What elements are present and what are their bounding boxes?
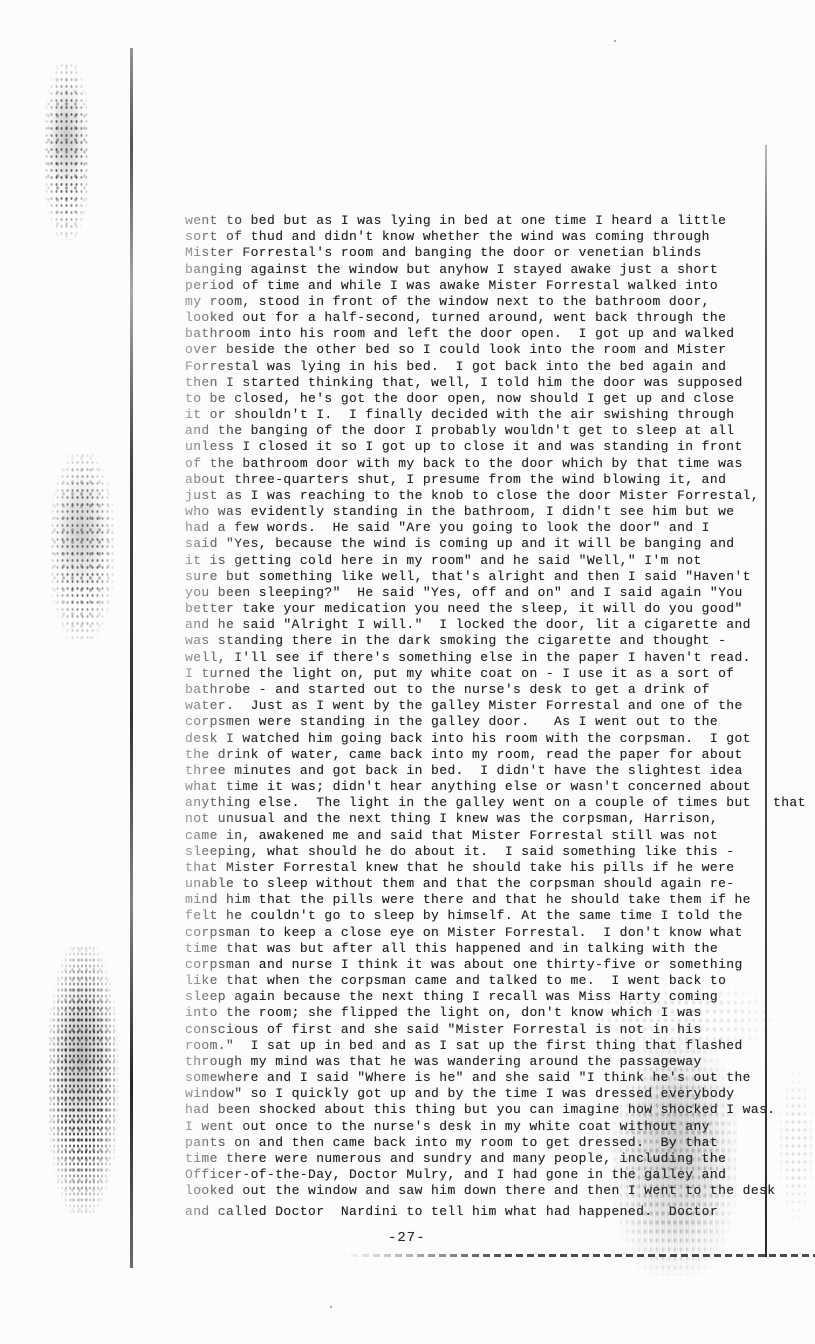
text-line: it or shouldn't I. I finally decided wit… bbox=[185, 407, 785, 423]
text-line: time there were numerous and sundry and … bbox=[185, 1151, 785, 1167]
text-line: pants on and then came back into my room… bbox=[185, 1135, 785, 1151]
text-line: that Mister Forrestal knew that he shoul… bbox=[185, 860, 785, 876]
text-line: window" so I quickly got up and by the t… bbox=[185, 1086, 785, 1102]
text-line: I went out once to the nurse's desk in m… bbox=[185, 1119, 785, 1135]
text-line: somewhere and I said "Where is he" and s… bbox=[185, 1070, 785, 1086]
page-number: -27- bbox=[388, 1230, 426, 1246]
text-line: then I started thinking that, well, I to… bbox=[185, 375, 785, 391]
smudge-top-left bbox=[44, 62, 90, 240]
text-line: desk I watched him going back into his r… bbox=[185, 731, 785, 747]
text-line: room." I sat up in bed and as I sat up t… bbox=[185, 1038, 785, 1054]
smudge-bottom-left bbox=[48, 945, 118, 1213]
text-line: Mister Forrestal's room and banging the … bbox=[185, 245, 785, 261]
text-line: you been sleeping?" He said "Yes, off an… bbox=[185, 585, 785, 601]
text-line: not unusual and the next thing I knew wa… bbox=[185, 811, 785, 827]
text-line: who was evidently standing in the bathro… bbox=[185, 504, 785, 520]
text-line: about three-quarters shut, I presume fro… bbox=[185, 472, 785, 488]
text-line: the drink of water, came back into my ro… bbox=[185, 747, 785, 763]
text-line: had a few words. He said "Are you going … bbox=[185, 520, 785, 536]
text-line: into the room; she flipped the light on,… bbox=[185, 1005, 785, 1021]
text-line: better take your medication you need the… bbox=[185, 601, 785, 617]
text-line: Forrestal was lying in his bed. I got ba… bbox=[185, 359, 785, 375]
text-line: sleep again because the next thing I rec… bbox=[185, 989, 785, 1005]
text-line: Officer-of-the-Day, Doctor Mulry, and I … bbox=[185, 1167, 785, 1183]
text-line: went to bed but as I was lying in bed at… bbox=[185, 213, 785, 229]
text-line: like that when the corpsman came and tal… bbox=[185, 973, 785, 989]
text-line: over beside the other bed so I could loo… bbox=[185, 342, 785, 358]
text-line: through my mind was that he was wanderin… bbox=[185, 1054, 785, 1070]
text-line: came in, awakened me and said that Miste… bbox=[185, 828, 785, 844]
text-line: of the bathroom door with my back to the… bbox=[185, 456, 785, 472]
text-line: and called Doctor Nardini to tell him wh… bbox=[185, 1204, 785, 1220]
bottom-dashed-edge bbox=[340, 1254, 815, 1257]
text-line: anything else. The light in the galley w… bbox=[185, 795, 785, 811]
text-line: and he said "Alright I will." I locked t… bbox=[185, 617, 785, 633]
text-line: sleeping, what should he do about it. I … bbox=[185, 844, 785, 860]
text-line: conscious of first and she said "Mister … bbox=[185, 1022, 785, 1038]
text-line: looked out for a half-second, turned aro… bbox=[185, 310, 785, 326]
text-line: well, I'll see if there's something else… bbox=[185, 650, 785, 666]
smudge-mid-left bbox=[50, 452, 114, 642]
text-line: I turned the light on, put my white coat… bbox=[185, 666, 785, 682]
text-line: bathrobe - and started out to the nurse'… bbox=[185, 682, 785, 698]
text-line: unless I closed it so I got up to close … bbox=[185, 439, 785, 455]
text-line: to be closed, he's got the door open, no… bbox=[185, 391, 785, 407]
text-line: sort of thud and didn't know whether the… bbox=[185, 229, 785, 245]
text-line: water. Just as I went by the galley Mist… bbox=[185, 698, 785, 714]
text-line: my room, stood in front of the window ne… bbox=[185, 294, 785, 310]
text-line: banging against the window but anyhow I … bbox=[185, 262, 785, 278]
typewritten-text-block: went to bed but as I was lying in bed at… bbox=[185, 213, 785, 1221]
text-line: time that was but after all this happene… bbox=[185, 941, 785, 957]
text-line: it is getting cold here in my room" and … bbox=[185, 553, 785, 569]
text-line: was standing there in the dark smoking t… bbox=[185, 633, 785, 649]
text-line: corpsman and nurse I think it was about … bbox=[185, 957, 785, 973]
scanned-document-page: went to bed but as I was lying in bed at… bbox=[0, 0, 815, 1344]
margin-overflow-word: that bbox=[773, 795, 806, 810]
left-fold-line bbox=[130, 48, 133, 1268]
text-line: unable to sleep without them and that th… bbox=[185, 876, 785, 892]
text-line: bathroom into his room and left the door… bbox=[185, 326, 785, 342]
text-line: what time it was; didn't hear anything e… bbox=[185, 779, 785, 795]
text-line: said "Yes, because the wind is coming up… bbox=[185, 536, 785, 552]
text-line: had been shocked about this thing but yo… bbox=[185, 1102, 785, 1118]
stray-dot bbox=[330, 1306, 332, 1308]
text-line: sure but something like well, that's alr… bbox=[185, 569, 785, 585]
text-line: corpsman to keep a close eye on Mister F… bbox=[185, 925, 785, 941]
text-line: period of time and while I was awake Mis… bbox=[185, 278, 785, 294]
text-line: and the banging of the door I probably w… bbox=[185, 423, 785, 439]
text-line: three minutes and got back in bed. I did… bbox=[185, 763, 785, 779]
stray-dot bbox=[614, 40, 616, 42]
text-line: felt he couldn't go to sleep by himself.… bbox=[185, 908, 785, 924]
text-line: looked out the window and saw him down t… bbox=[185, 1183, 785, 1199]
text-line: mind him that the pills were there and t… bbox=[185, 892, 785, 908]
text-line: corpsmen were standing in the galley doo… bbox=[185, 714, 785, 730]
text-line: just as I was reaching to the knob to cl… bbox=[185, 488, 785, 504]
